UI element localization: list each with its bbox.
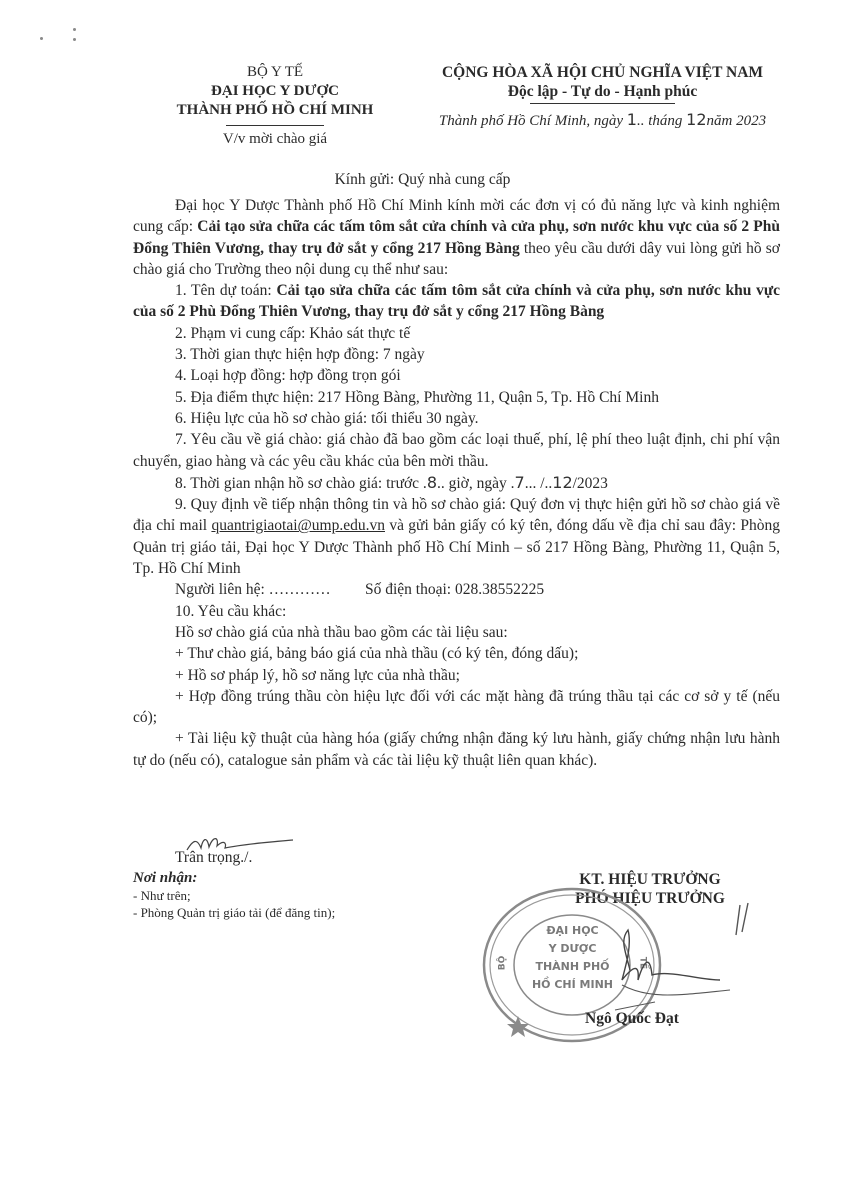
handwritten-signature	[560, 900, 780, 1020]
item-1-label: 1. Tên dự toán:	[175, 282, 276, 299]
recipients-block: Nơi nhận: - Như trên; - Phòng Quản trị g…	[133, 869, 335, 921]
recipient-item: - Như trên;	[133, 887, 335, 904]
item-6: 6. Hiệu lực của hồ sơ chào giá: tối thiể…	[133, 408, 780, 429]
signer-name: Ngô Quốc Đạt	[585, 1010, 679, 1028]
recipient-item: - Phòng Quản trị giáo tải (để đăng tin);	[133, 904, 335, 921]
header-divider	[226, 125, 324, 126]
document-date: Thành phố Hồ Chí Minh, ngày 1.. tháng 12…	[425, 110, 780, 131]
item-10-sub: + Hồ sơ pháp lý, hồ sơ năng lực của nhà …	[133, 665, 780, 686]
date-suffix: năm 2023	[707, 113, 767, 129]
national-motto: Độc lập - Tự do - Hạnh phúc	[425, 82, 780, 101]
item-7: 7. Yêu cầu về giá chào: giá chào đã bao …	[133, 429, 780, 472]
contact-line: Người liên hệ: ………… Số điện thoại: 028.3…	[133, 579, 780, 600]
intro-paragraph: Đại học Y Dược Thành phố Hồ Chí Minh kín…	[133, 195, 780, 280]
date-mid: .. tháng	[637, 113, 686, 129]
item-8-suffix: /2023	[573, 475, 608, 492]
item-5: 5. Địa điểm thực hiện: 217 Hồng Bàng, Ph…	[133, 387, 780, 408]
letter-body: Đại học Y Dược Thành phố Hồ Chí Minh kín…	[133, 195, 780, 771]
item-10-sub: + Hợp đồng trúng thầu còn hiệu lực đối v…	[133, 686, 780, 729]
date-prefix: Thành phố Hồ Chí Minh, ngày	[439, 113, 627, 129]
university-city: THÀNH PHỐ HỒ CHÍ MINH	[150, 101, 400, 120]
item-8-prefix: 8. Thời gian nhận hồ sơ chào giá: trước …	[175, 475, 427, 492]
scan-artifact	[73, 38, 76, 41]
handwritten-day: 7	[515, 473, 525, 492]
item-10-intro: Hồ sơ chào giá của nhà thầu bao gồm các …	[133, 622, 780, 643]
item-8-mid2: ... /..	[525, 475, 553, 492]
handwritten-month: 12	[552, 473, 572, 492]
ministry-name: BỘ Y TẾ	[150, 63, 400, 82]
handwritten-day: 1	[627, 110, 637, 129]
contact-phone: Số điện thoại: 028.38552225	[365, 579, 544, 600]
scan-artifact	[40, 37, 43, 40]
contact-person: Người liên hệ: …………	[175, 579, 365, 600]
item-10-sub: + Tài liệu kỹ thuật của hàng hóa (giấy c…	[133, 728, 780, 771]
salutation: Kính gửi: Quý nhà cung cấp	[0, 171, 845, 189]
subject-line: V/v mời chào giá	[150, 130, 400, 149]
recipients-title: Nơi nhận:	[133, 869, 335, 887]
item-3: 3. Thời gian thực hiện hợp đồng: 7 ngày	[133, 344, 780, 365]
national-header: CỘNG HÒA XÃ HỘI CHỦ NGHĨA VIỆT NAM Độc l…	[425, 63, 780, 131]
item-4: 4. Loại hợp đồng: hợp đồng trọn gói	[133, 365, 780, 386]
item-10-sub: + Thư chào giá, bảng báo giá của nhà thầ…	[133, 643, 780, 664]
motto-underline	[530, 103, 675, 104]
item-2: 2. Phạm vi cung cấp: Khảo sát thực tế	[133, 323, 780, 344]
item-8-mid: .. giờ, ngày .	[437, 475, 515, 492]
item-10: 10. Yêu cầu khác:	[133, 601, 780, 622]
item-1: 1. Tên dự toán: Cải tạo sửa chữa các tấm…	[133, 280, 780, 323]
item-8: 8. Thời gian nhận hồ sơ chào giá: trước …	[133, 472, 780, 494]
country-name: CỘNG HÒA XÃ HỘI CHỦ NGHĨA VIỆT NAM	[425, 63, 780, 82]
issuer-header: BỘ Y TẾ ĐẠI HỌC Y DƯỢC THÀNH PHỐ HỒ CHÍ …	[150, 63, 400, 149]
handwritten-hour: 8	[427, 473, 437, 492]
scan-artifact	[73, 28, 76, 31]
university-name: ĐẠI HỌC Y DƯỢC	[150, 82, 400, 101]
item-9: 9. Quy định về tiếp nhận thông tin và hồ…	[133, 494, 780, 579]
handwritten-month: 12	[686, 110, 706, 129]
closing-line: Trân trọng./.	[175, 849, 252, 867]
contact-email-link[interactable]: quantrigiaotai@ump.edu.vn	[211, 517, 385, 534]
stamp-side-text: BỘ	[495, 871, 511, 1056]
